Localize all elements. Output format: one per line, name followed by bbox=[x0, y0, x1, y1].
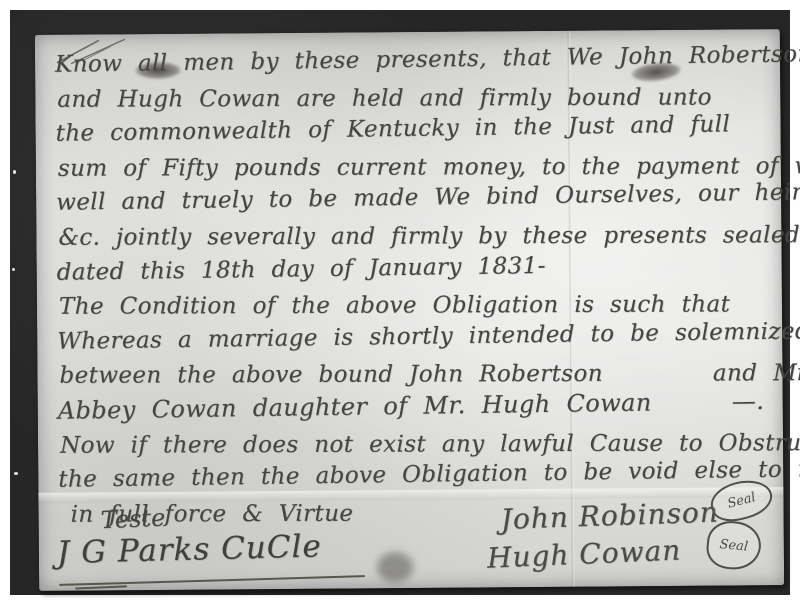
attestation-block: Teste J G Parks CuCle bbox=[57, 501, 322, 569]
dust-speck bbox=[13, 170, 16, 174]
handwritten-line: Know all men by these presents, that We … bbox=[55, 38, 766, 83]
body-text: Know all men by these presents, that We … bbox=[55, 42, 770, 532]
clerk-signature: J G Parks CuCle bbox=[56, 528, 322, 571]
dust-speck bbox=[14, 472, 18, 475]
dust-speck bbox=[12, 268, 15, 271]
document-paper: Know all men by these presents, that We … bbox=[35, 29, 784, 591]
signature-underline bbox=[59, 575, 365, 586]
seal-label: Seal bbox=[719, 537, 749, 555]
scanned-document-page: Know all men by these presents, that We … bbox=[0, 0, 800, 607]
signature-underline-flourish bbox=[75, 585, 127, 589]
seal-label: Seal bbox=[726, 490, 757, 512]
scan-background: Know all men by these presents, that We … bbox=[10, 10, 790, 595]
smudge-mark bbox=[377, 552, 413, 582]
